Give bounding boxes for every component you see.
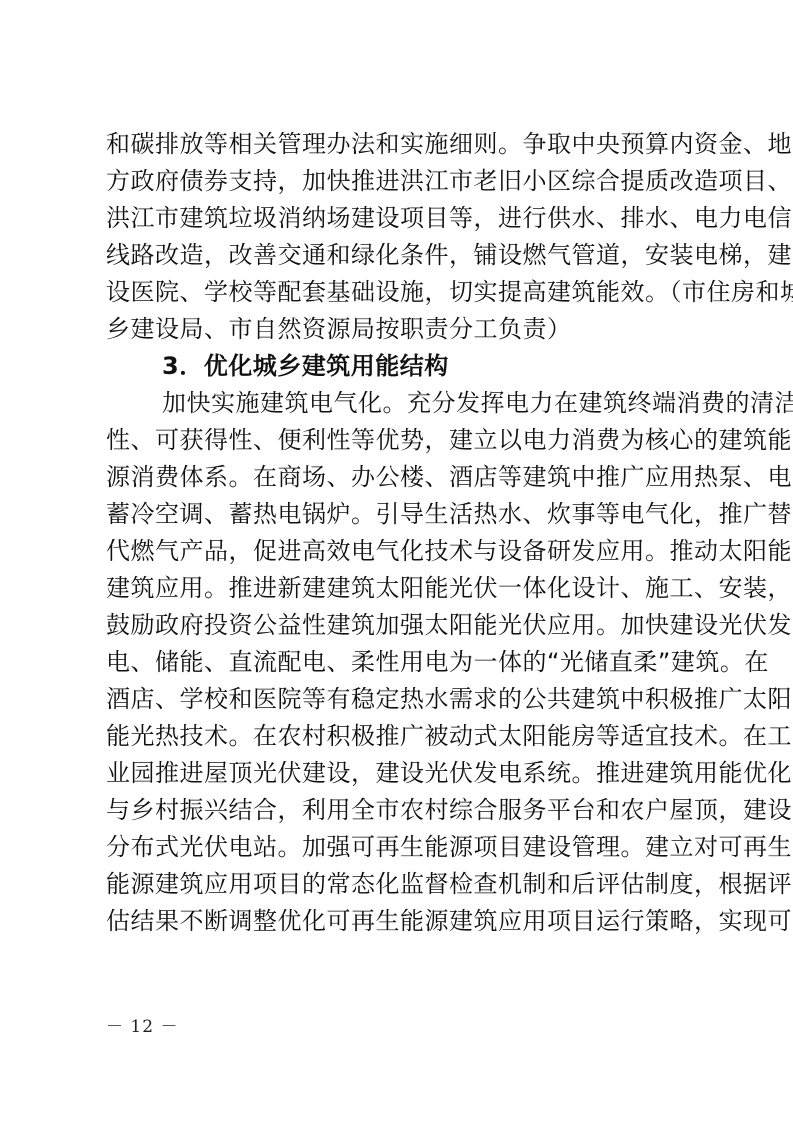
page-number: － 12 － (106, 1012, 178, 1037)
paragraph-2: 加快实施建筑电气化。充分发挥电力在建筑终端消费的清洁 性、可获得性、便利性等优势… (106, 385, 696, 940)
text-line: 业园推进屋顶光伏建设，建设光伏发电系统。推进建筑用能优化 (106, 755, 696, 792)
text-line: 洪江市建筑垃圾消纳场建设项目等，进行供水、排水、电力电信 (106, 200, 696, 237)
paragraph-1: 和碳排放等相关管理办法和实施细则。争取中央预算内资金、地 方政府债券支持，加快推… (106, 126, 696, 348)
section-heading: 3．优化城乡建筑用能结构 (106, 348, 696, 385)
text-line: 源消费体系。在商场、办公楼、酒店等建筑中推广应用热泵、电 (106, 459, 696, 496)
text-line: 能源建筑应用项目的常态化监督检查机制和后评估制度，根据评 (106, 866, 696, 903)
text-line: 分布式光伏电站。加强可再生能源项目建设管理。建立对可再生 (106, 829, 696, 866)
text-line: 加快实施建筑电气化。充分发挥电力在建筑终端消费的清洁 (106, 385, 696, 422)
text-line: 蓄冷空调、蓄热电锅炉。引导生活热水、炊事等电气化，推广替 (106, 496, 696, 533)
text-line: 与乡村振兴结合，利用全市农村综合服务平台和农户屋顶，建设 (106, 792, 696, 829)
text-line: 能光热技术。在农村积极推广被动式太阳能房等适宜技术。在工 (106, 718, 696, 755)
text-line: 和碳排放等相关管理办法和实施细则。争取中央预算内资金、地 (106, 126, 696, 163)
text-line: 性、可获得性、便利性等优势，建立以电力消费为核心的建筑能 (106, 422, 696, 459)
text-line: 方政府债券支持，加快推进洪江市老旧小区综合提质改造项目、 (106, 163, 696, 200)
text-line: 建筑应用。推进新建建筑太阳能光伏一体化设计、施工、安装， (106, 570, 696, 607)
text-line: 估结果不断调整优化可再生能源建筑应用项目运行策略，实现可 (106, 903, 696, 940)
body-text: 和碳排放等相关管理办法和实施细则。争取中央预算内资金、地 方政府债券支持，加快推… (106, 126, 696, 940)
text-line: 电、储能、直流配电、柔性用电为一体的“光储直柔”建筑。在 (106, 644, 696, 681)
document-page: 和碳排放等相关管理办法和实施细则。争取中央预算内资金、地 方政府债券支持，加快推… (0, 0, 793, 1122)
text-line: 酒店、学校和医院等有稳定热水需求的公共建筑中积极推广太阳 (106, 681, 696, 718)
text-line: 代燃气产品，促进高效电气化技术与设备研发应用。推动太阳能 (106, 533, 696, 570)
text-line: 设医院、学校等配套基础设施，切实提高建筑能效。（市住房和城 (106, 274, 696, 311)
text-line: 线路改造，改善交通和绿化条件，铺设燃气管道，安装电梯，建 (106, 237, 696, 274)
text-line: 鼓励政府投资公益性建筑加强太阳能光伏应用。加快建设光伏发 (106, 607, 696, 644)
text-line: 乡建设局、市自然资源局按职责分工负责） (106, 311, 696, 348)
